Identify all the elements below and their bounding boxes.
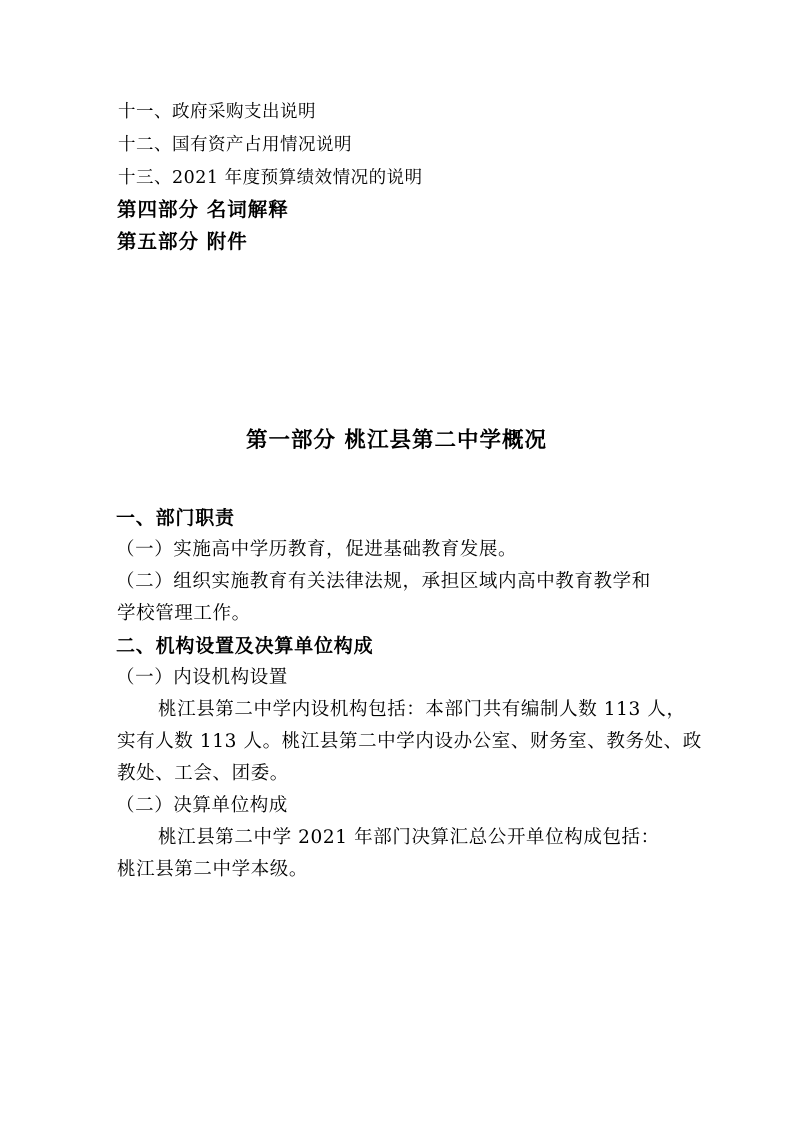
toc-item-procurement: 十一、政府采购支出说明 [118, 100, 316, 124]
section-structure-heading: 二、机构设置及决算单位构成 [116, 634, 373, 658]
duty-item-1: （一）实施高中学历教育，促进基础教育发展。 [116, 538, 517, 562]
budget-unit-line-2: 桃江县第二中学本级。 [117, 858, 308, 882]
budget-unit-title: （二）决算单位构成 [116, 794, 288, 818]
internal-structure-title: （一）内设机构设置 [116, 666, 288, 690]
duty-item-2: （二）组织实施教育有关法律法规，承担区域内高中教育教学和 [116, 570, 651, 594]
internal-structure-line-3: 教处、工会、团委。 [117, 762, 289, 786]
toc-item-performance: 十三、2021 年度预算绩效情况的说明 [118, 166, 423, 190]
toc-item-state-assets: 十二、国有资产占用情况说明 [118, 133, 352, 157]
document-page: 十一、政府采购支出说明 十二、国有资产占用情况说明 十三、2021 年度预算绩效… [0, 0, 793, 1122]
duty-item-2-continuation: 学校管理工作。 [117, 602, 251, 626]
internal-structure-line-1: 桃江县第二中学内设机构包括：本部门共有编制人数 113 人， [158, 698, 686, 722]
internal-structure-line-2: 实有人数 113 人。桃江县第二中学内设办公室、财务室、教务处、政 [117, 730, 702, 754]
section-duties-heading: 一、部门职责 [116, 506, 235, 530]
part-one-title: 第一部分 桃江县第二中学概况 [0, 429, 793, 453]
budget-unit-line-1: 桃江县第二中学 2021 年部门决算汇总公开单位构成包括： [158, 826, 660, 850]
toc-part-four: 第四部分 名词解释 [117, 198, 289, 222]
toc-part-five: 第五部分 附件 [117, 230, 248, 254]
